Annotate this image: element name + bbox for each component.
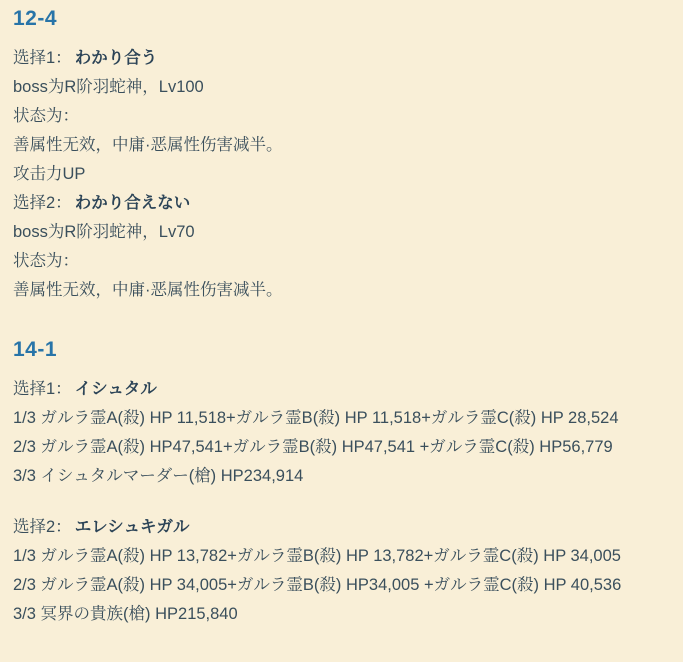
- text-line: 攻击力UP: [13, 164, 669, 184]
- choice-name: エレシュキガル: [75, 518, 190, 536]
- text-line: boss为R阶羽蛇神，Lv100: [13, 77, 669, 97]
- choice-label: 选择2：: [13, 518, 72, 536]
- choice-line: 选择1：わかり合う: [13, 48, 669, 68]
- text-line: 善属性无效，中庸·恶属性伤害减半。: [13, 280, 669, 300]
- text-line: 状态为：: [13, 106, 669, 126]
- text-line: 1/3 ガルラ霊A(殺) HP 13,782+ガルラ霊B(殺) HP 13,78…: [13, 546, 669, 566]
- choice-name: イシュタル: [75, 380, 157, 398]
- choice-line: 选择1：イシュタル: [13, 379, 669, 399]
- choice-name: わかり合えない: [75, 194, 191, 212]
- text-line: 状态为：: [13, 251, 669, 271]
- text-line: 善属性无效，中庸·恶属性伤害减半。: [13, 135, 669, 155]
- text-line: 2/3 ガルラ霊A(殺) HP 34,005+ガルラ霊B(殺) HP34,005…: [13, 575, 669, 595]
- text-line: boss为R阶羽蛇神，Lv70: [13, 222, 669, 242]
- choice-line: 选择2：わかり合えない: [13, 193, 669, 213]
- quest-section: 14-1选择1：イシュタル1/3 ガルラ霊A(殺) HP 11,518+ガルラ霊…: [13, 337, 669, 624]
- choice-name: わかり合う: [75, 49, 158, 67]
- choice-label: 选择2：: [13, 194, 72, 212]
- choice-label: 选择1：: [13, 380, 72, 398]
- quest-section: 12-4选择1：わかり合うboss为R阶羽蛇神，Lv100状态为：善属性无效，中…: [13, 6, 669, 300]
- section-heading: 12-4: [13, 6, 669, 32]
- text-line: 1/3 ガルラ霊A(殺) HP 11,518+ガルラ霊B(殺) HP 11,51…: [13, 408, 669, 428]
- choice-line: 选择2：エレシュキガル: [13, 517, 669, 537]
- choice-label: 选择1：: [13, 49, 72, 67]
- text-line: 3/3 イシュタルマーダー(槍) HP234,914: [13, 466, 669, 486]
- text-line: 2/3 ガルラ霊A(殺) HP47,541+ガルラ霊B(殺) HP47,541 …: [13, 437, 669, 457]
- section-heading: 14-1: [13, 337, 669, 363]
- text-line: 3/3 冥界の貴族(槍) HP215,840: [13, 604, 669, 624]
- guide-content: 12-4选择1：わかり合うboss为R阶羽蛇神，Lv100状态为：善属性无效，中…: [0, 0, 683, 624]
